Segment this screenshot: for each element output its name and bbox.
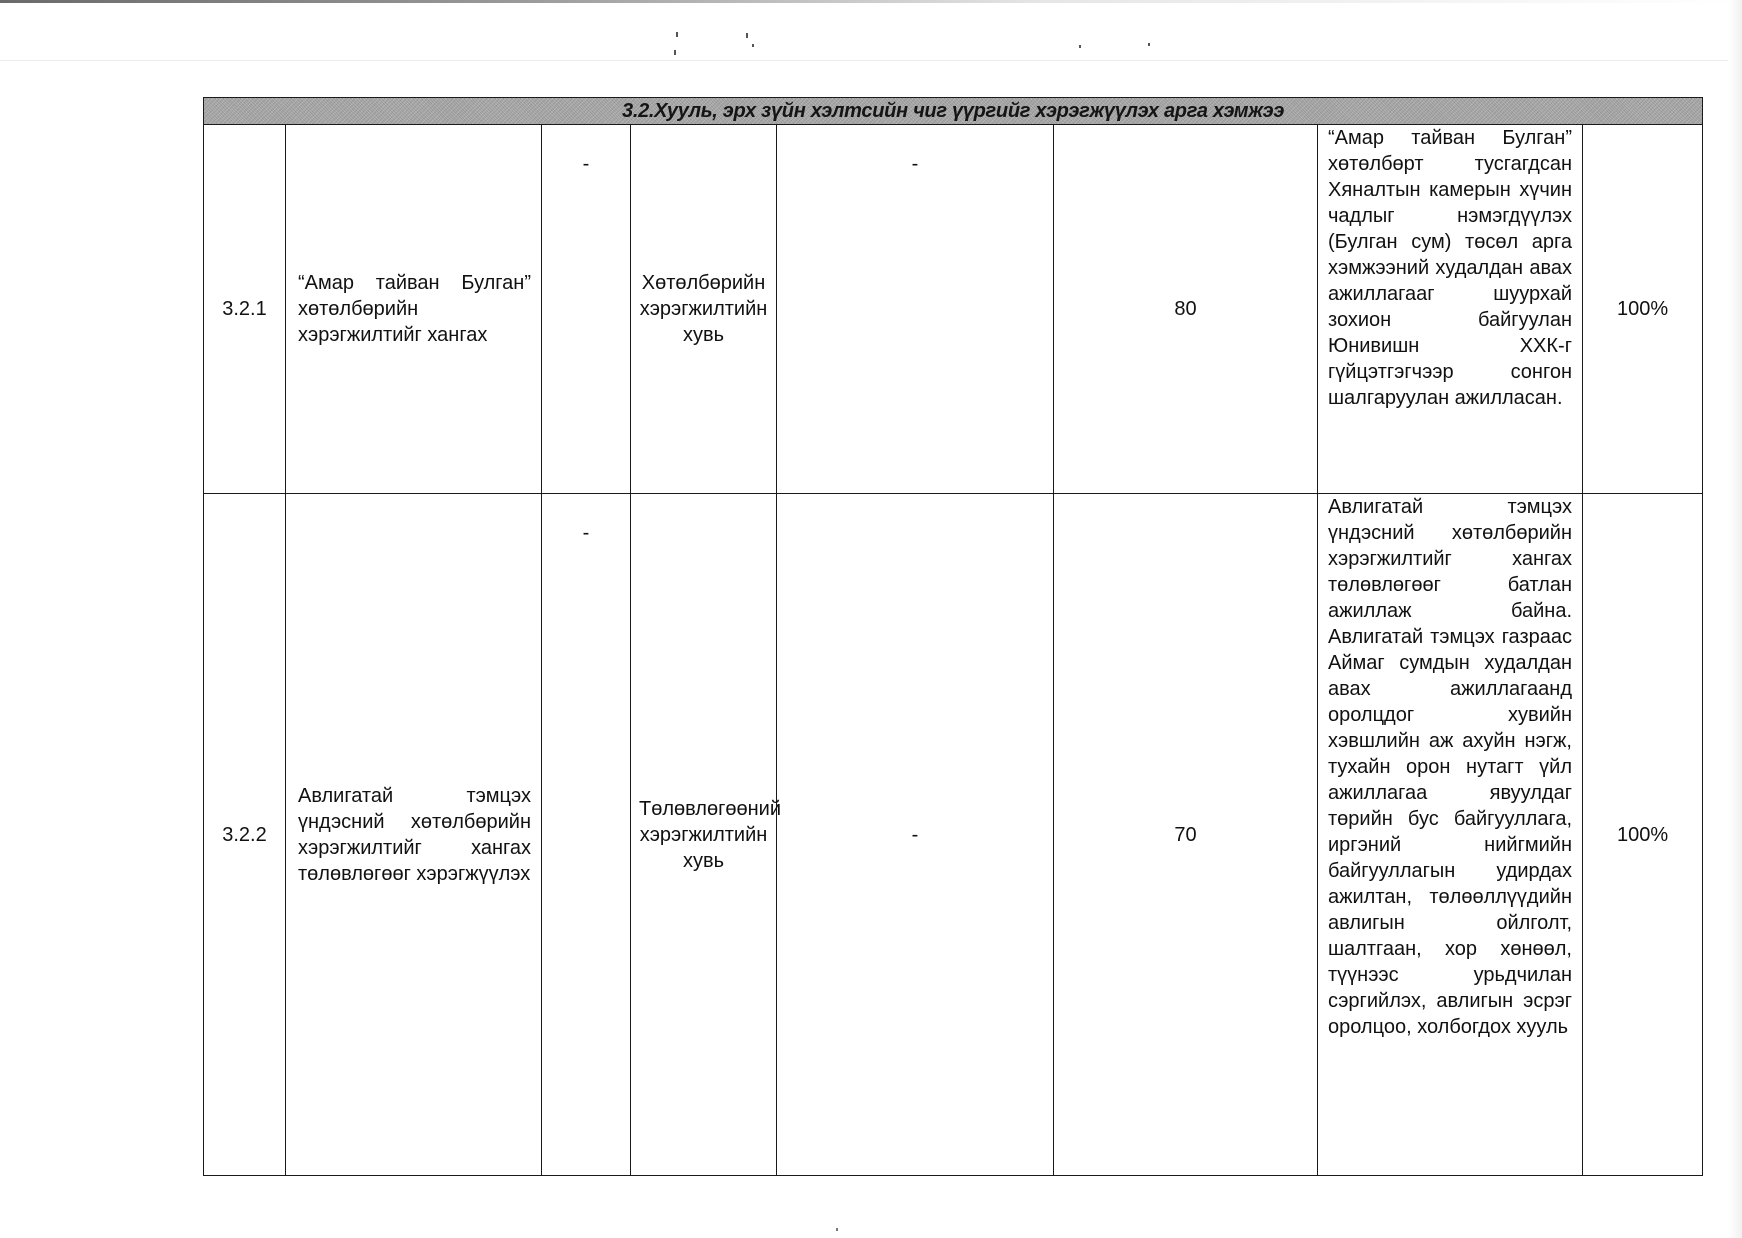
section-title: 3.2.Хууль, эрх зүйн хэлтсийн чиг үүргийг… [204, 98, 1703, 125]
measure-name: “Амар тайван Булган” хөтөлбөрийн хэрэгжи… [286, 125, 542, 494]
description-cell: Авлигатай тэмцэх үндэсний хөтөлбөрийн хэ… [1318, 494, 1583, 1176]
scan-edge-top [0, 0, 1742, 3]
value-cell: 80 [1054, 125, 1318, 494]
measures-table-container: 3.2.Хууль, эрх зүйн хэлтсийн чиг үүргийг… [203, 97, 1702, 1176]
scan-artifact-line [0, 60, 1742, 61]
table-row: 3.2.2 Авлигатай тэмцэх үндэсний хөтөлбөр… [204, 494, 1703, 1176]
table-row: 3.2.1 “Амар тайван Булган” хөтөлбөрийн х… [204, 125, 1703, 494]
value-cell: 70 [1054, 494, 1318, 1176]
target-cell: - [777, 494, 1054, 1176]
description-cell: “Амар тайван Булган” хөтөлбөрт тусгагдса… [1318, 125, 1583, 494]
completion-percent: 100% [1583, 125, 1703, 494]
scan-speck [752, 44, 754, 47]
scan-edge-right [1728, 0, 1742, 1238]
scan-speck [674, 50, 676, 55]
measures-table: 3.2.Хууль, эрх зүйн хэлтсийн чиг үүргийг… [203, 97, 1703, 1176]
target-cell: - [777, 125, 1054, 494]
scan-speck [1079, 45, 1081, 48]
measure-name: Авлигатай тэмцэх үндэсний хөтөлбөрийн хэ… [286, 494, 542, 1176]
baseline-cell: - [542, 494, 631, 1176]
section-header-row: 3.2.Хууль, эрх зүйн хэлтсийн чиг үүргийг… [204, 98, 1703, 125]
indicator-cell: Төлөвлөгөөний хэрэгжилтийн хувь [631, 494, 777, 1176]
row-number: 3.2.1 [204, 125, 286, 494]
completion-percent: 100% [1583, 494, 1703, 1176]
scan-speck [1148, 43, 1150, 46]
scan-speck [836, 1228, 838, 1231]
indicator-cell: Хөтөлбөрийн хэрэгжилтийн хувь [631, 125, 777, 494]
scan-speck [676, 32, 678, 37]
scan-speck [746, 33, 748, 38]
baseline-cell: - [542, 125, 631, 494]
row-number: 3.2.2 [204, 494, 286, 1176]
